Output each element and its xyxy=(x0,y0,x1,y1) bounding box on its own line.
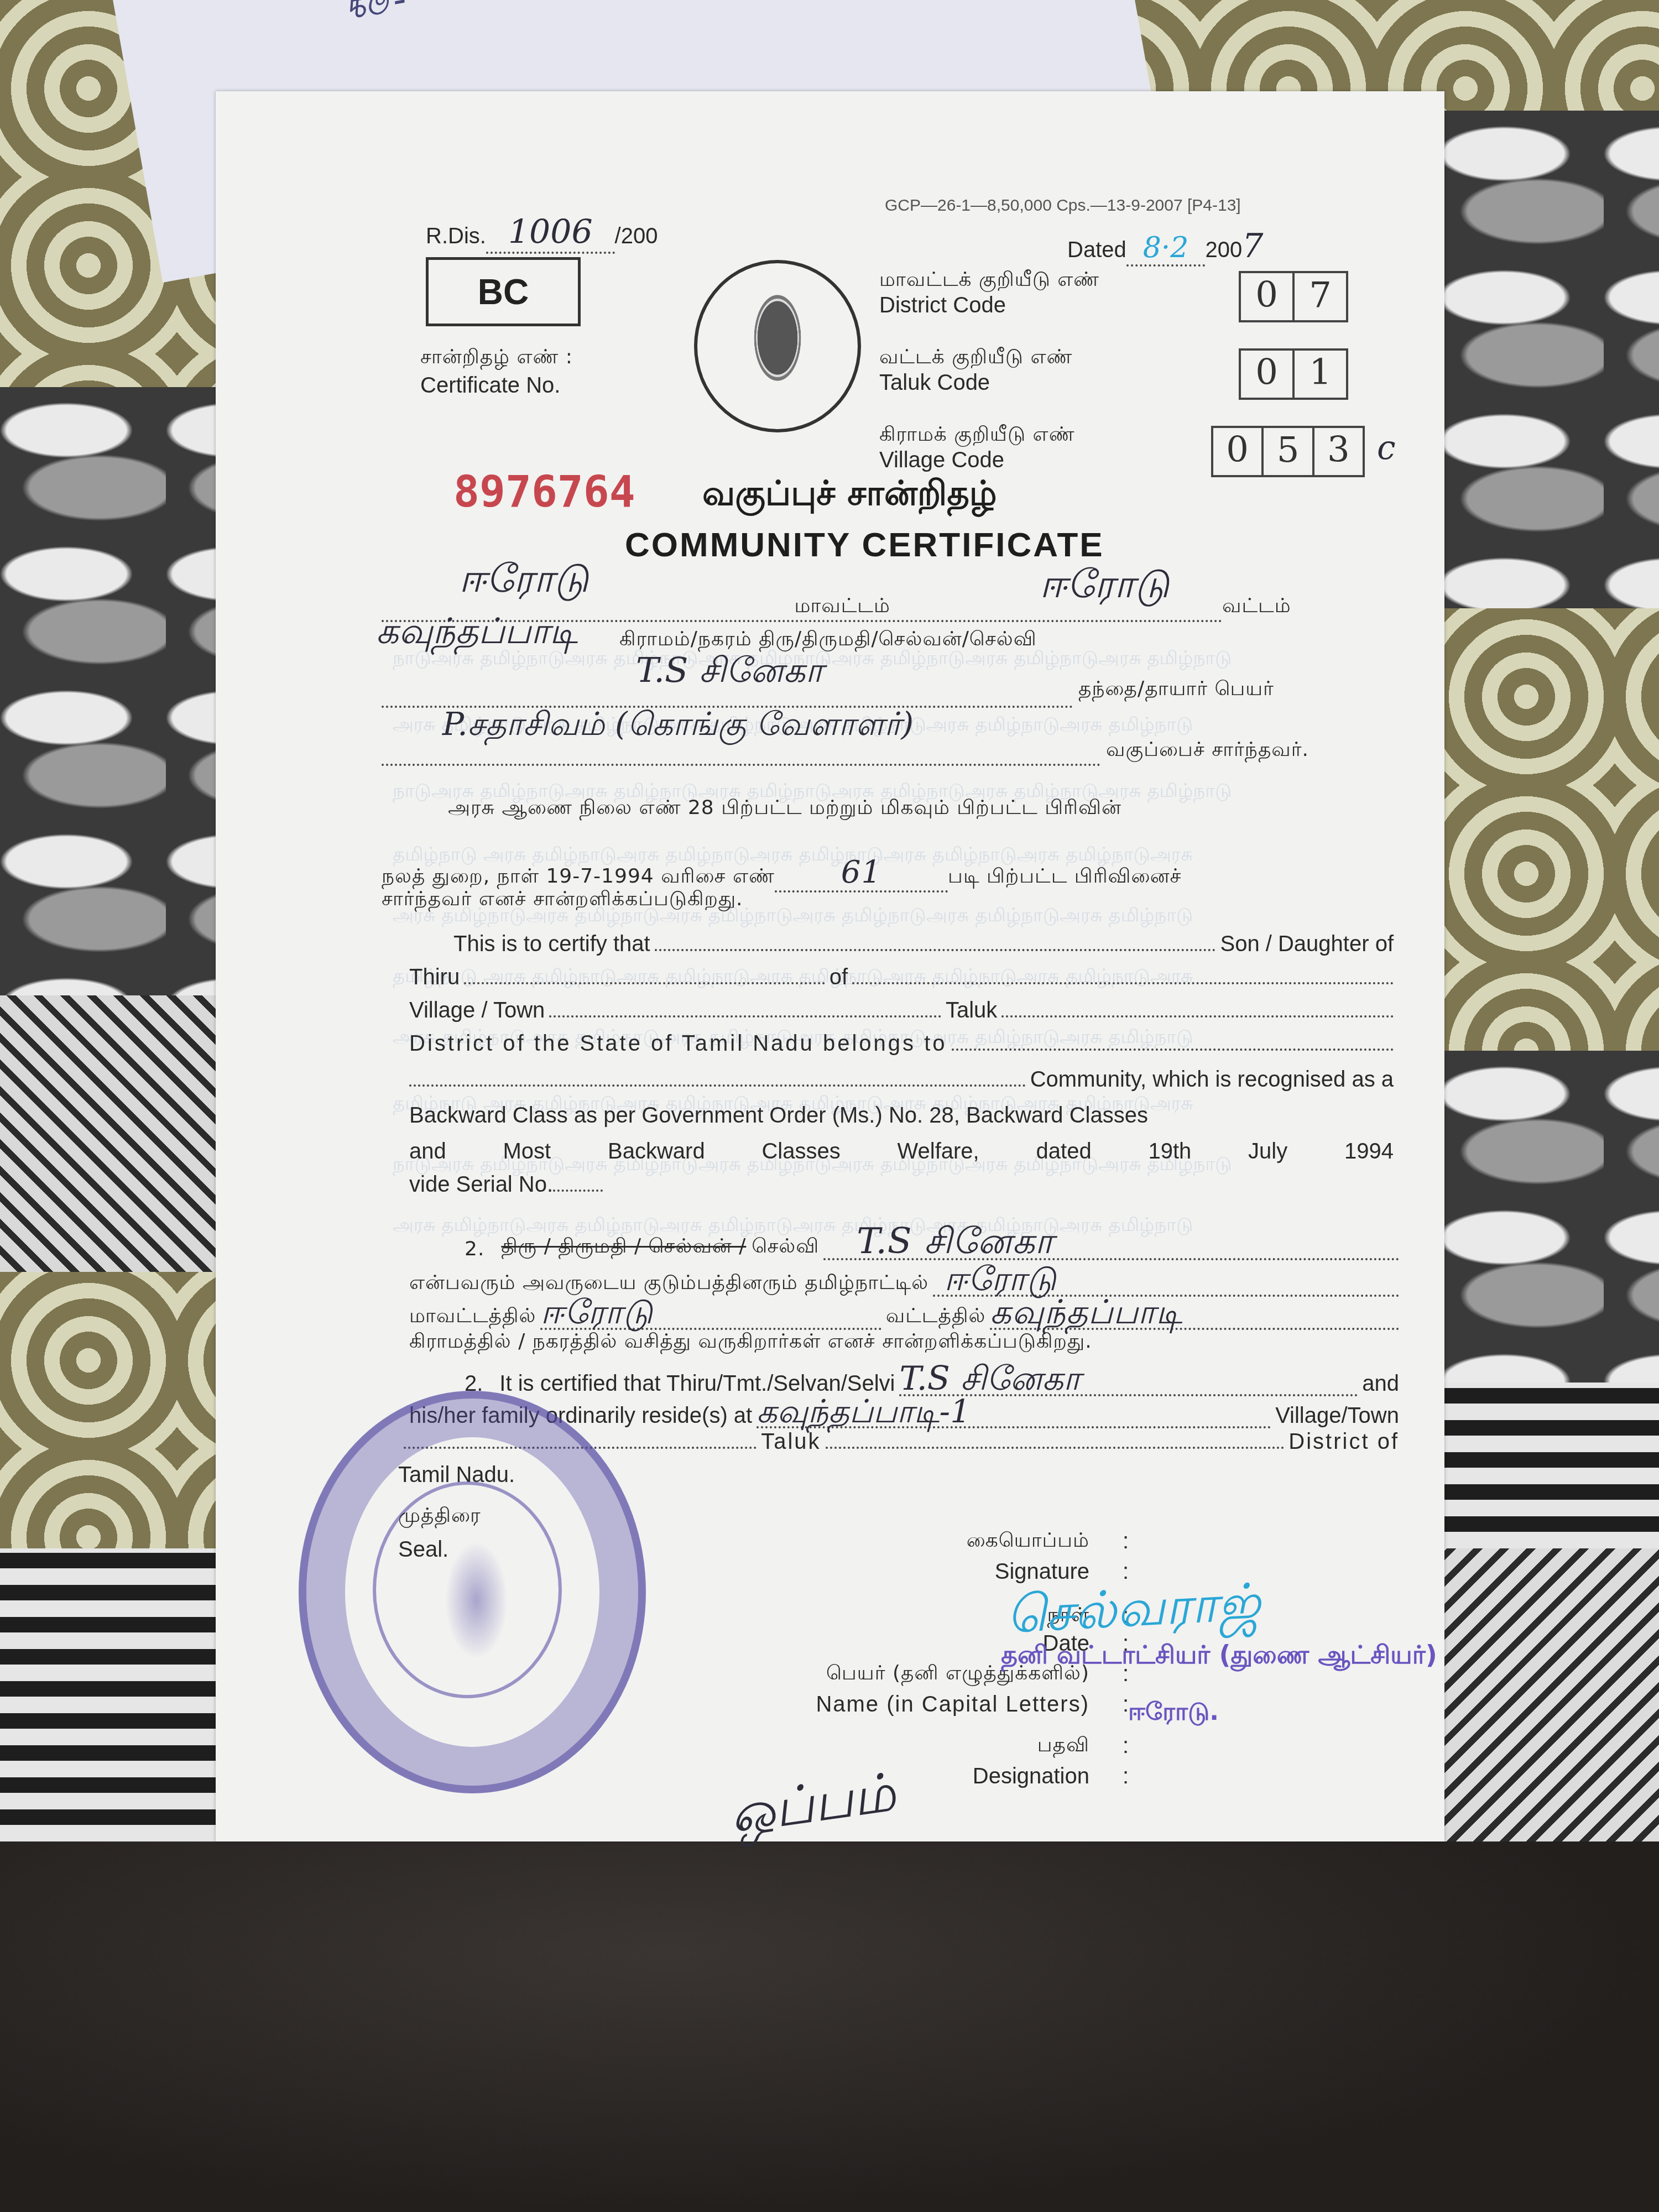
code-digit: 0 xyxy=(1241,273,1295,320)
residence-ta-line-1: 2.திரு / திருமதி / செல்வன் /செல்விT.S சி… xyxy=(465,1225,1399,1260)
clause-number: 2. xyxy=(465,1238,484,1260)
floor xyxy=(0,1841,1659,2212)
district-code-label-ta: மாவட்டக் குறியீடு எண் xyxy=(879,268,1099,294)
title-english: COMMUNITY CERTIFICATE xyxy=(625,525,1104,565)
leaf-pattern xyxy=(1438,1051,1659,1383)
olive-circle-pattern xyxy=(1438,608,1659,1051)
dated-label: Dated xyxy=(1067,238,1126,262)
code-digit: 1 xyxy=(1295,351,1346,398)
taluk-label: வட்டம் xyxy=(1222,594,1291,620)
ref-prefix: R.Dis. xyxy=(426,224,486,248)
dated-handwritten: 8·2 xyxy=(1126,231,1206,267)
village-code-label-ta: கிராமக் குறியீடு எண் xyxy=(879,423,1074,448)
district-label: மாவட்டம் xyxy=(794,594,890,617)
serial-no-label: vide Serial No. xyxy=(409,1172,553,1197)
signature-label-en: Signature xyxy=(868,1559,1089,1584)
go-line-2: நலத் துறை, நாள் 19-7-1994 வரிசை எண்61படி… xyxy=(382,854,1181,890)
community-recognised-label: Community, which is recognised as a xyxy=(1030,1067,1394,1092)
district-state-label: District of the State of Tamil Nadu belo… xyxy=(409,1031,947,1056)
officer-signature: செல்வராஜ் xyxy=(1005,1572,1262,1652)
taluk-code-label-ta: வட்டக் குறியீடு எண் xyxy=(879,346,1072,371)
taluk-label-2: Taluk xyxy=(761,1430,821,1454)
colon: : xyxy=(1123,1529,1129,1554)
community-certificate: R.Dis.1006/200 GCP—26-1—8,50,000 Cps.—13… xyxy=(216,91,1444,1841)
taluk-label-en: Taluk xyxy=(946,998,997,1023)
district-state-line: District of the State of Tamil Nadu belo… xyxy=(409,1031,1394,1056)
print-code: GCP—26-1—8,50,000 Cps.—13-9-2007 [P4-13] xyxy=(885,196,1241,215)
go-line-2b: படி பிற்பட்ட பிரிவினைச் xyxy=(948,865,1181,888)
name-label-en: Name (in Capital Letters) xyxy=(647,1692,1089,1717)
code-digit: 0 xyxy=(1241,351,1295,398)
selected-title: செல்வி xyxy=(752,1235,819,1260)
dated-field: Dated8·22007 xyxy=(1067,227,1263,265)
residence-ta-line-2: என்பவரும் அவருடைய குடும்பத்தினரும் தமிழ்… xyxy=(409,1264,1399,1297)
residence-en-line-1: 2.It is certified that Thiru/Tmt./Selvan… xyxy=(465,1363,1399,1396)
go-reference-line: Backward Class as per Government Order (… xyxy=(409,1103,1394,1128)
village-code-label-en: Village Code xyxy=(879,448,1004,473)
cert-no-label-ta: சான்றிதழ் எண் : xyxy=(420,346,573,371)
residence-ta-line-4: கிராமத்தில் / நகரத்தில் வசித்து வருகிறார… xyxy=(409,1330,1092,1355)
stripe-pattern xyxy=(1438,1383,1659,1548)
district-in-handwritten: ஈரோடு xyxy=(540,1297,881,1330)
dated-year: 200 xyxy=(1205,238,1242,262)
stripe-pattern xyxy=(0,1548,232,1841)
village-code-extra-mark: c xyxy=(1377,429,1396,467)
designation-label-ta: பதவி xyxy=(868,1734,1089,1759)
resident-name-handwritten: T.S சினேகா xyxy=(823,1225,1399,1260)
seal-label-en: Seal. xyxy=(398,1537,448,1562)
colon: : xyxy=(1123,1764,1129,1789)
name-line xyxy=(382,683,1073,708)
community-line: Community, which is recognised as a xyxy=(409,1067,1394,1092)
village-town-label-2: Village/Town xyxy=(1275,1404,1399,1428)
taluk-in-label: வட்டத்தில் xyxy=(886,1305,986,1330)
go-line-3: சார்ந்தவர் எனச் சான்றளிக்கப்படுகிறது. xyxy=(382,888,743,913)
zigzag-pattern xyxy=(1438,1548,1659,1841)
designation-label-en: Designation xyxy=(868,1764,1089,1789)
leaf-pattern xyxy=(1438,111,1659,608)
ref-year: /200 xyxy=(615,224,658,248)
seal-label-ta: முத்திரை xyxy=(398,1504,481,1530)
code-digit: 7 xyxy=(1295,273,1346,320)
category-label: BC xyxy=(478,272,529,312)
title-tamil: வகுப்புச் சான்றிதழ் xyxy=(702,473,997,518)
designation-stamp-line-2: ஈரோடு. xyxy=(1128,1698,1219,1729)
struck-titles: திரு / திருமதி / செல்வன் / xyxy=(501,1235,746,1260)
village-town-label: Village / Town xyxy=(409,998,545,1023)
serial-no-line: vide Serial No. xyxy=(409,1172,603,1197)
dated-year-handwritten: 7 xyxy=(1242,227,1263,265)
thiru-line: Thiruof xyxy=(409,965,1394,990)
reside-village-handwritten: கவுந்தப்பாடி-1 xyxy=(757,1396,1271,1428)
cert-no-label-en: Certificate No. xyxy=(420,373,560,398)
community-label: வகுப்பைச் சார்ந்தவர். xyxy=(1106,738,1309,764)
taluk-code-box: 01 xyxy=(1239,348,1348,400)
taluk-code-label-en: Taluk Code xyxy=(879,371,990,395)
certify-label: This is to certify that xyxy=(453,932,650,957)
certified-name-handwritten: T.S சினேகா xyxy=(899,1363,1358,1396)
taluk-in-handwritten: கவுந்தப்பாடி xyxy=(990,1297,1399,1330)
district-code-box: 07 xyxy=(1239,271,1348,322)
serial-number: 8976764 xyxy=(453,467,635,517)
olive-circle-pattern xyxy=(0,1272,232,1548)
ref-handwritten: 1006 xyxy=(486,213,615,254)
parent-name-label: தந்தை/தாயார் பெயர் xyxy=(1078,677,1274,703)
go-line-2a: நலத் துறை, நாள் 19-7-1994 வரிசை எண் xyxy=(382,865,775,888)
parent-line xyxy=(382,741,1100,766)
ref-number: R.Dis.1006/200 xyxy=(426,213,658,252)
state-district-handwritten: ஈரோடு xyxy=(933,1264,1399,1297)
office-seal-stamp xyxy=(299,1391,646,1793)
note-scribble: -ஷ xyxy=(346,0,410,36)
initial-signature: ஒப்பம் xyxy=(726,1761,900,1853)
colon: : xyxy=(1123,1734,1129,1759)
go-line-1: அரசு ஆணை நிலை எண் 28 பிற்பட்ட மற்றும் மி… xyxy=(448,796,1121,822)
certify-line: This is to certify thatSon / Daughter of xyxy=(453,932,1394,957)
family-label: என்பவரும் அவருடைய குடும்பத்தினரும் தமிழ்… xyxy=(409,1271,928,1297)
code-digit: 3 xyxy=(1314,428,1363,475)
leaf-pattern xyxy=(0,387,232,995)
district-in-label: மாவட்டத்தில் xyxy=(409,1305,536,1330)
village-handwritten: கவுந்தப்பாடி xyxy=(376,611,578,656)
signature-label-ta: கையொப்பம் xyxy=(868,1529,1089,1554)
zigzag-pattern xyxy=(0,995,232,1272)
serial-handwritten: 61 xyxy=(775,854,948,893)
code-digit: 5 xyxy=(1264,428,1314,475)
district-code-label-en: District Code xyxy=(879,293,1006,318)
thiru-label: Thiru xyxy=(409,965,460,990)
village-code-box: 053 xyxy=(1211,426,1365,477)
son-daughter-label: Son / Daughter of xyxy=(1220,932,1394,957)
district-of-label: District of xyxy=(1288,1430,1399,1454)
of-label: of xyxy=(830,965,848,990)
village-town-line: Village / TownTaluk xyxy=(409,998,1394,1023)
code-digit: 0 xyxy=(1213,428,1264,475)
tamil-nadu-emblem-icon xyxy=(694,260,861,432)
and-label: and xyxy=(1362,1371,1399,1396)
welfare-line: and Most Backward Classes Welfare, dated… xyxy=(409,1139,1394,1164)
category-box: BC xyxy=(426,257,581,326)
residence-ta-line-3: மாவட்டத்தில்ஈரோடுவட்டத்தில்கவுந்தப்பாடி xyxy=(409,1297,1399,1330)
